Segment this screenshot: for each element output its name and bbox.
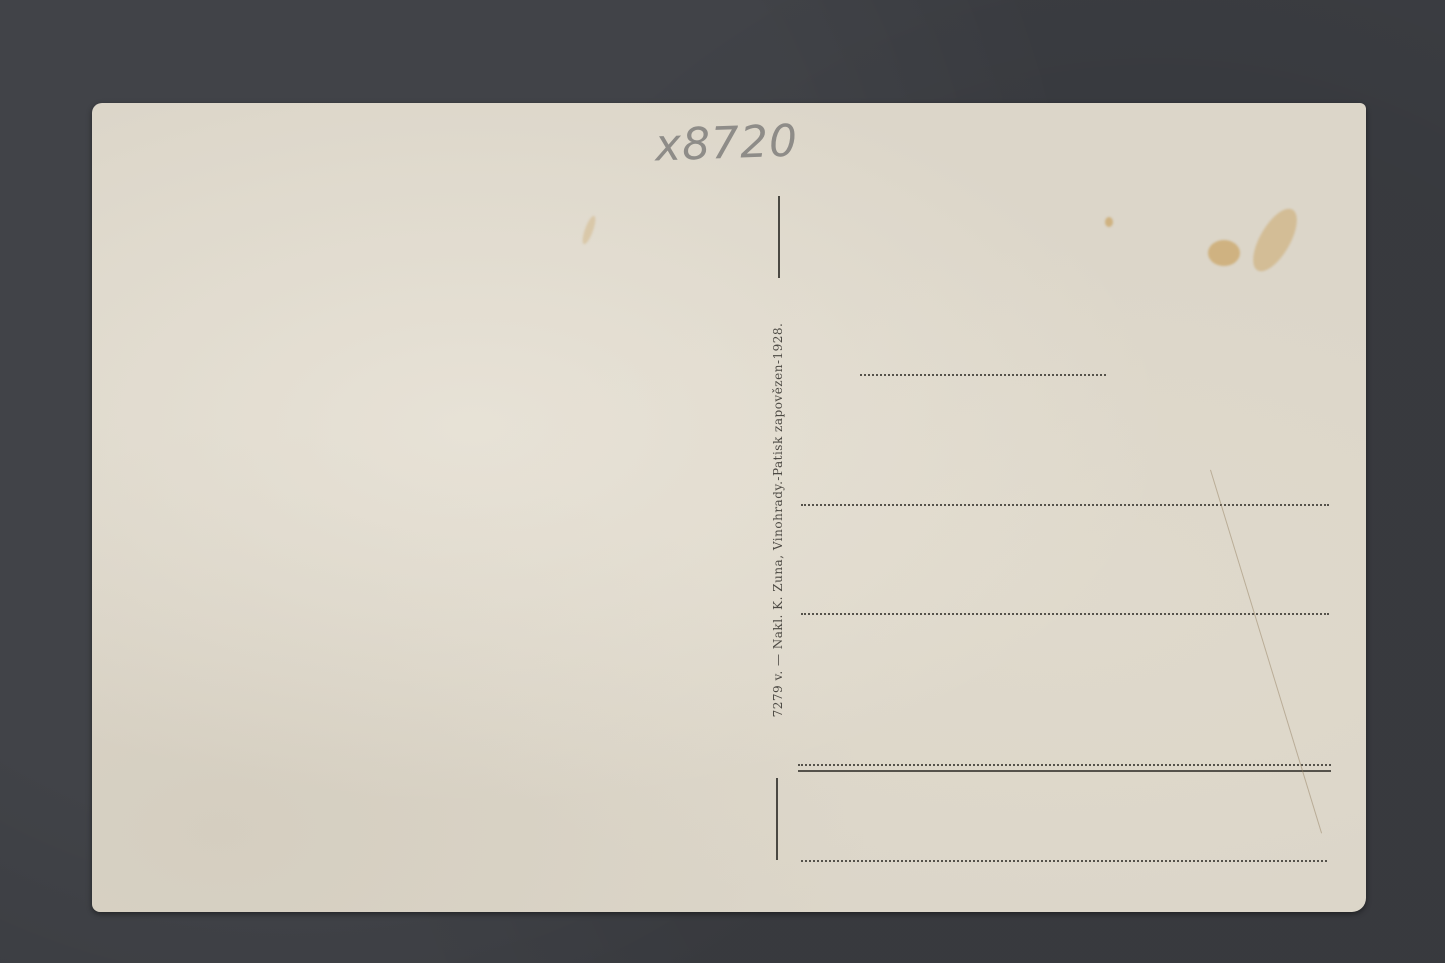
publisher-imprint: 7279 v. — Nakl. K. Zuna, Vinohrady.-Pati… xyxy=(771,323,785,718)
address-line-3 xyxy=(801,613,1329,615)
divider-line-bottom xyxy=(776,778,778,860)
stain-spot xyxy=(1208,240,1240,266)
pencil-note: x8720 xyxy=(654,116,799,172)
address-underline xyxy=(798,770,1331,772)
address-line-4 xyxy=(798,764,1331,766)
address-line-2 xyxy=(801,504,1329,506)
stain-small xyxy=(1105,217,1113,227)
address-line-5 xyxy=(801,860,1327,862)
address-line-1 xyxy=(860,374,1106,376)
divider-line-top xyxy=(778,196,780,278)
postcard-back xyxy=(92,103,1366,912)
